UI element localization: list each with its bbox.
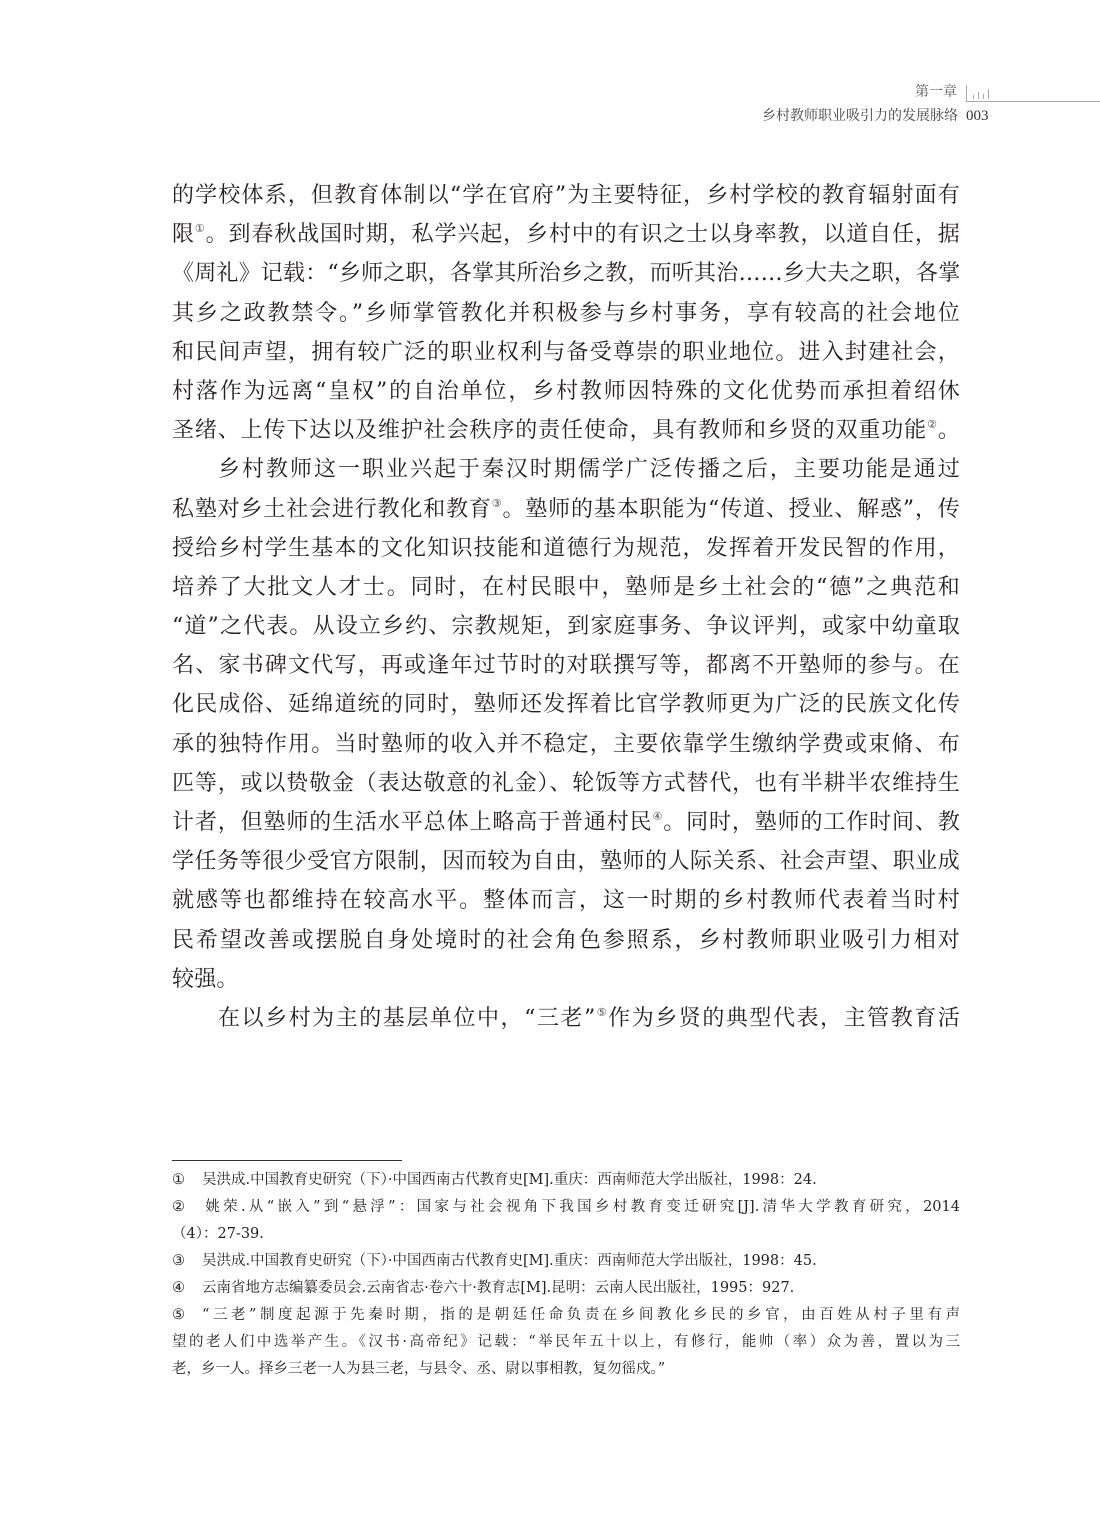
text-line: 《周礼》记载：“乡师之职，各掌其所治乡之教，而听其治……乡大夫之职，各掌 xyxy=(172,254,960,293)
footnote-ref[interactable]: ② xyxy=(927,418,938,431)
text-line: 限①。到春秋战国时期，私学兴起，乡村中的有识之士以身率教，以道自任，据 xyxy=(172,215,960,254)
footnote-5-cont2: 老，乡一人。择乡三老一人为县三老，与县令、丞、尉以事相教，复勿徭戍。” xyxy=(172,1356,960,1383)
footnote-ref[interactable]: ③ xyxy=(492,497,503,510)
footnote-ref[interactable]: ⑤ xyxy=(595,1006,608,1019)
footnote-1: ①吴洪成.中国教育史研究（下）·中国西南古代教育史[M].重庆：西南师范大学出版… xyxy=(172,1167,960,1194)
text-line: 学任务等很少受官方限制，因而较为自由，塾师的人际关系、社会声望、职业成 xyxy=(172,842,960,881)
footnote-divider xyxy=(172,1160,402,1161)
text-line: 培养了大批文人才士。同时，在村民眼中，塾师是乡土社会的“德”之典范和 xyxy=(172,568,960,607)
text-line: 匹等，或以贽敬金（表达敬意的礼金）、轮饭等方式替代，也有半耕半农维持生 xyxy=(172,764,960,803)
text-line: 授给乡村学生基本的文化知识技能和道德行为规范，发挥着开发民智的作用， xyxy=(172,529,960,568)
text-line: 村落作为远离“皇权”的自治单位，乡村教师因特殊的文化优势而承担着绍休 xyxy=(172,372,960,411)
bar-chart-icon xyxy=(966,85,1100,102)
text-line: 乡村教师这一职业兴起于秦汉时期儒学广泛传播之后，主要功能是通过 xyxy=(172,450,960,489)
footnote-2-cont: （4）：27-39. xyxy=(172,1221,960,1248)
footnote-ref[interactable]: ④ xyxy=(653,810,664,823)
text-line: 化民成俗、延绵道统的同时，塾师还发挥着比官学教师更为广泛的民族文化传 xyxy=(172,685,960,724)
text-line: 和民间声望，拥有较广泛的职业权利与备受尊崇的职业地位。进入封建社会， xyxy=(172,333,960,372)
text-line: 计者，但塾师的生活水平总体上略高于普通村民④。同时，塾师的工作时间、教 xyxy=(172,803,960,842)
text-line: 的学校体系，但教育体制以“学在官府”为主要特征，乡村学校的教育辐射面有 xyxy=(172,176,960,215)
running-header: 第一章 乡村教师职业吸引力的发展脉络 003 xyxy=(0,82,1100,132)
text-line: 私塾对乡土社会进行教化和教育③。塾师的基本职能为“传道、授业、解惑”，传 xyxy=(172,490,960,529)
page-number: 003 xyxy=(966,106,989,126)
footnote-5: ⑤“三老”制度起源于先秦时期，指的是朝廷任命负责在乡间教化乡民的乡官，由百姓从村… xyxy=(172,1302,960,1329)
text-line: 圣绪、上传下达以及维护社会秩序的责任使命，具有教师和乡贤的双重功能②。 xyxy=(172,411,960,450)
chapter-title: 乡村教师职业吸引力的发展脉络 xyxy=(762,106,958,126)
text-line: 较强。 xyxy=(172,960,960,999)
footnote-2: ②姚荣.从“嵌入”到“悬浮”：国家与社会视角下我国乡村教育变迁研究[J].清华大… xyxy=(172,1194,960,1221)
text-line: 在以乡村为主的基层单位中，“三老”⑤作为乡贤的典型代表，主管教育活 xyxy=(172,999,960,1038)
footnotes: ①吴洪成.中国教育史研究（下）·中国西南古代教育史[M].重庆：西南师范大学出版… xyxy=(172,1167,960,1383)
text-line: “道”之代表。从设立乡约、宗教规矩，到家庭事务、争议评判，或家中幼童取 xyxy=(172,607,960,646)
footnote-3: ③吴洪成.中国教育史研究（下）·中国西南古代教育史[M].重庆：西南师范大学出版… xyxy=(172,1248,960,1275)
footnote-4: ④云南省地方志编纂委员会.云南省志·卷六十·教育志[M].昆明：云南人民出版社，… xyxy=(172,1275,960,1302)
footnote-5-cont: 望的老人们中选举产生。《汉书·高帝纪》记载：“举民年五十以上，有修行，能帅（率）… xyxy=(172,1329,960,1356)
text-line: 承的独特作用。当时塾师的收入并不稳定，主要依靠学生缴纳学费或束脩、布 xyxy=(172,725,960,764)
text-line: 名、家书碑文代写，再或逢年过节时的对联撰写等，都离不开塾师的参与。在 xyxy=(172,646,960,685)
text-line: 其乡之政教禁令。”乡师掌管教化并积极参与乡村事务，享有较高的社会地位 xyxy=(172,294,960,333)
text-line: 就感等也都维持在较高水平。整体而言，这一时期的乡村教师代表着当时村 xyxy=(172,881,960,920)
body-text: 的学校体系，但教育体制以“学在官府”为主要特征，乡村学校的教育辐射面有 限①。到… xyxy=(172,176,960,1038)
text-line: 民希望改善或摆脱自身处境时的社会角色参照系，乡村教师职业吸引力相对 xyxy=(172,921,960,960)
chapter-label: 第一章 xyxy=(915,82,957,102)
footnote-ref[interactable]: ① xyxy=(195,222,206,235)
